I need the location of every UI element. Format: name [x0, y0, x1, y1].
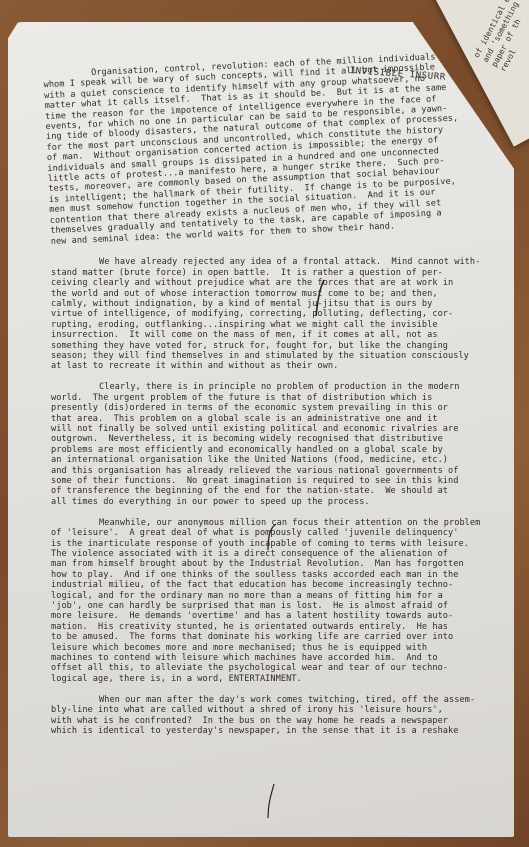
text-line: with what is he confronted? In the bus o…: [51, 716, 506, 726]
text-line: more leisure. He demands 'overtime' and …: [51, 611, 506, 621]
text-line: offset all this, to alleviate the psycho…: [51, 663, 506, 673]
text-line: an international organisation like the U…: [51, 455, 506, 465]
text-line: bly-line into what are called without a …: [51, 705, 506, 715]
text-line: Meanwhile, our anonymous million can foc…: [51, 518, 506, 528]
text-line: outgrown. Nevertheless, it is becoming w…: [51, 434, 506, 444]
text-line: 'job', one can hardly be surprised that …: [51, 601, 506, 611]
text-line: machines to contend with leisure which m…: [51, 653, 506, 663]
text-line: of transference the beginning of the end…: [51, 486, 506, 496]
paragraph: Clearly, there is in principle no proble…: [51, 382, 506, 507]
text-line: logical, and for the ordinary man no mor…: [51, 591, 506, 601]
paragraph: We have already rejected any idea of a f…: [51, 257, 506, 371]
text-line: We have already rejected any idea of a f…: [51, 257, 506, 267]
text-line: ceiving clearly and without prejudice wh…: [51, 278, 506, 288]
paragraph: Meanwhile, our anonymous million can foc…: [51, 518, 506, 685]
text-line: at last to recreate it within and withou…: [51, 361, 506, 371]
text-line: When our man after the day's work comes …: [51, 695, 506, 705]
text-line: calmly, without indignation, by a kind o…: [51, 299, 506, 309]
text-line: is the inarticulate response of youth in…: [51, 539, 506, 549]
text-line: stand matter (brute force) in open battl…: [51, 268, 506, 278]
text-line: some of their functions. No great imagin…: [51, 476, 506, 486]
text-line: problems are most efficiently and econom…: [51, 445, 506, 455]
text-line: mation. His creativity stunted, he is or…: [51, 622, 506, 632]
page-number: - 2 -: [264, 837, 296, 847]
text-line: and this organisation has already reliev…: [51, 466, 506, 476]
text-line: The violence associated with it is a dir…: [51, 549, 506, 559]
text-line: man from himself brought about by the In…: [51, 559, 506, 569]
text-line: something they have voted for, struck fo…: [51, 341, 506, 351]
text-line: all times do everything in our power to …: [51, 497, 506, 507]
text-line: will not finally be solved until existin…: [51, 424, 506, 434]
text-line: industrial milieu, of the fact that educ…: [51, 580, 506, 590]
text-line: insurrection. It will come on the mass o…: [51, 330, 506, 340]
typewritten-page: INVISIBLE INSURR Organisation, control, …: [8, 22, 514, 837]
text-line: of 'leisure'. A great deal of what is po…: [51, 528, 506, 538]
text-line: leisure which becomes more and more mech…: [51, 643, 506, 653]
text-line: virtue of intelligence, of modifying, co…: [51, 309, 506, 319]
text-line: the world and out of whose interaction t…: [51, 289, 506, 299]
text-line: how to play. And if one thinks of the so…: [51, 570, 506, 580]
document-body: Organisation, control, revolution: each …: [51, 70, 506, 747]
text-line: Clearly, there is in principle no proble…: [51, 382, 506, 392]
paragraph: When our man after the day's work comes …: [51, 695, 506, 737]
text-line: presently (dis)ordered in terms of the e…: [51, 403, 506, 413]
paragraph: Organisation, control, revolution: each …: [43, 50, 506, 247]
text-line: which is identical to yesterday's newspa…: [51, 726, 506, 736]
text-line: season; they will find themselves in and…: [51, 351, 506, 361]
text-line: that area. This problem on a global scal…: [51, 414, 506, 424]
text-line: logical age, there is, in a word, ENTERT…: [51, 674, 506, 684]
text-line: rupting, eroding, outflanking...inspirin…: [51, 320, 506, 330]
text-line: to be amused. The forms that dominate hi…: [51, 632, 506, 642]
text-line: world. The urgent problem of the future …: [51, 393, 506, 403]
